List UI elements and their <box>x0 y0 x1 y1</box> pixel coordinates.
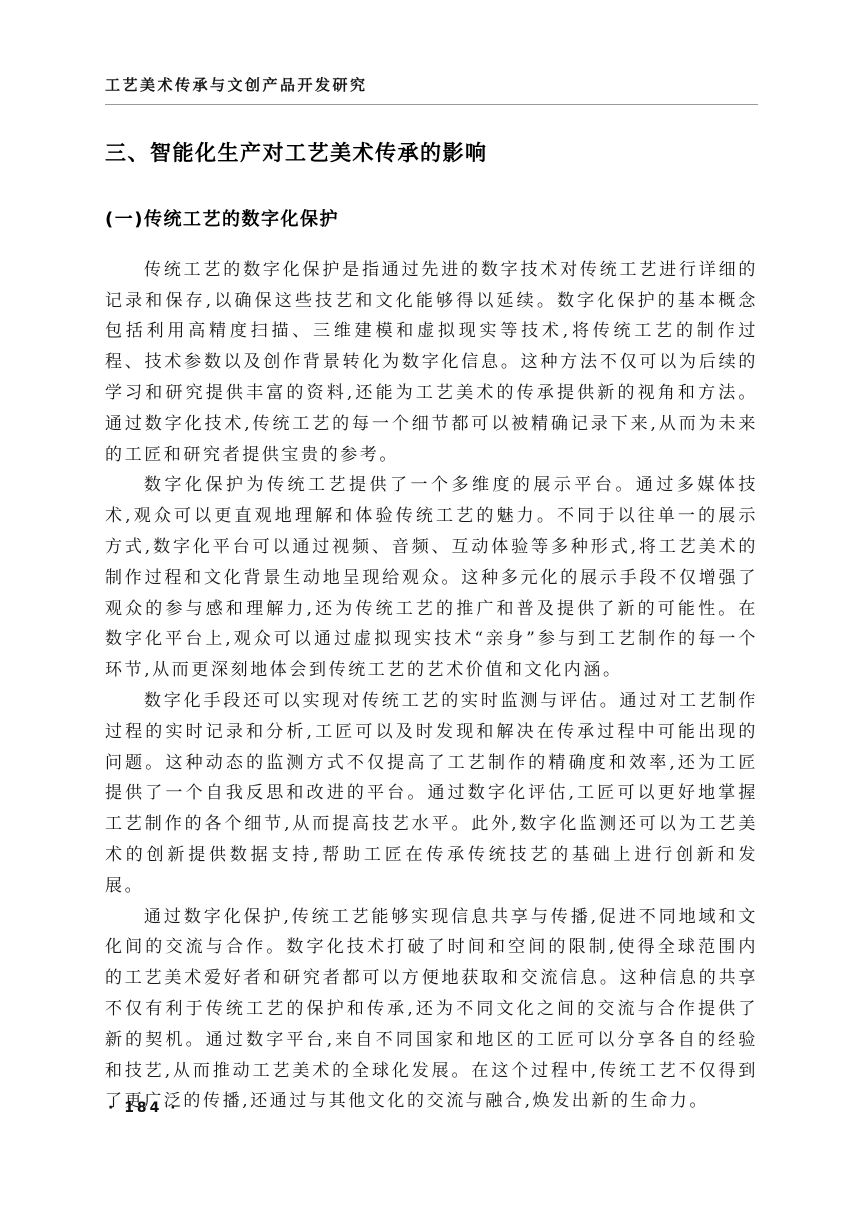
body-text: 传统工艺的数字化保护是指通过先进的数字技术对传统工艺进行详细的记录和保存,以确保… <box>105 255 758 1117</box>
page-number: · 184 · <box>108 1100 179 1116</box>
chapter-heading: 三、智能化生产对工艺美术传承的影响 <box>105 141 758 166</box>
document-page: 工艺美术传承与文创产品开发研究 三、智能化生产对工艺美术传承的影响 (一)传统工… <box>0 0 860 1208</box>
body-paragraph: 数字化手段还可以实现对传统工艺的实时监测与评估。通过对工艺制作过程的实时记录和分… <box>105 686 758 902</box>
body-paragraph: 数字化保护为传统工艺提供了一个多维度的展示平台。通过多媒体技术,观众可以更直观地… <box>105 470 758 686</box>
running-title: 工艺美术传承与文创产品开发研究 <box>105 76 758 105</box>
body-paragraph: 传统工艺的数字化保护是指通过先进的数字技术对传统工艺进行详细的记录和保存,以确保… <box>105 255 758 471</box>
section-heading: (一)传统工艺的数字化保护 <box>105 209 758 231</box>
body-paragraph: 通过数字化保护,传统工艺能够实现信息共享与传播,促进不同地域和文化间的交流与合作… <box>105 902 758 1118</box>
